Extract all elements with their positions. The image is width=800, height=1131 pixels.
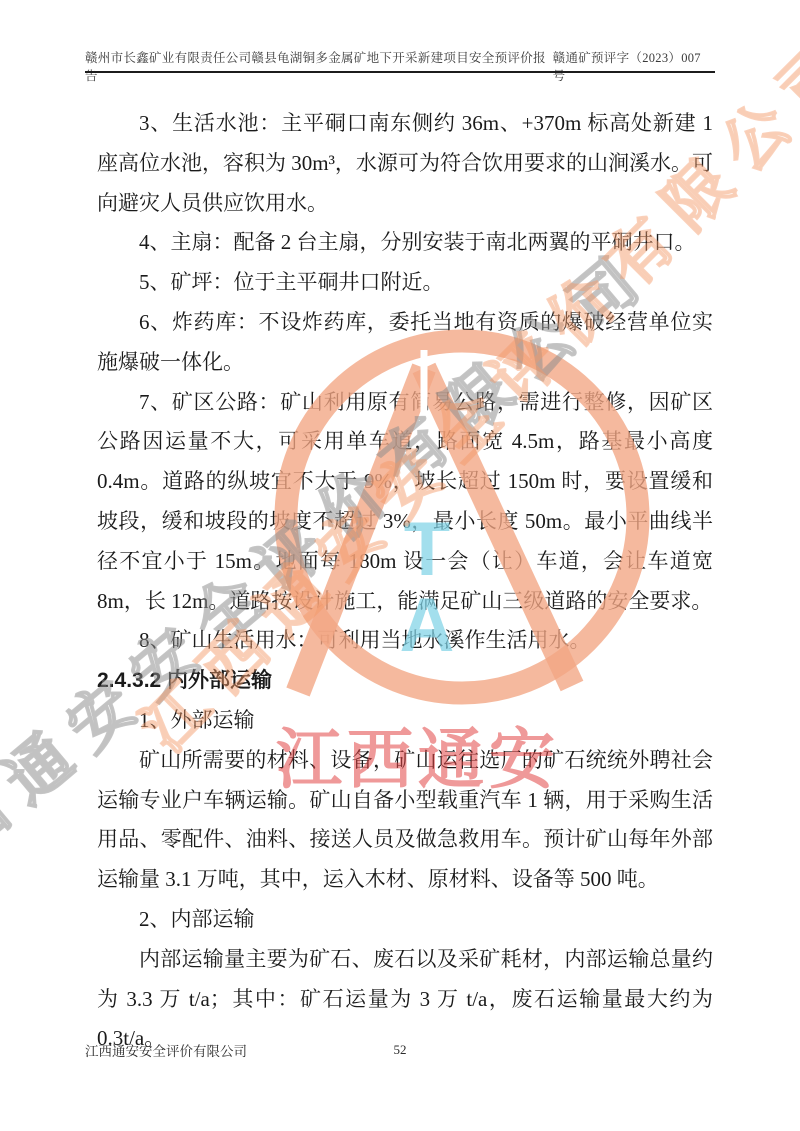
paragraph-mine-yard: 5、矿坪：位于主平硐井口附近。 xyxy=(97,263,713,303)
paragraph-explosive-storage: 6、炸药库：不设炸药库，委托当地有资质的爆破经营单位实施爆破一体化。 xyxy=(97,303,713,383)
paragraph-living-water-tank: 3、生活水池：主平硐口南东侧约 36m、+370m 标高处新建 1 座高位水池，… xyxy=(97,104,713,223)
paragraph-domestic-water: 8、矿山生活用水：可利用当地水溪作生活用水。 xyxy=(97,621,713,661)
page-number: 52 xyxy=(295,1042,505,1058)
subheading-internal-transport: 2、内部运输 xyxy=(97,900,713,940)
header-report-title: 赣州市长鑫矿业有限责任公司赣县龟湖铜多金属矿地下开采新建项目安全预评价报告 xyxy=(85,48,553,84)
paragraph-main-fan: 4、主扇：配备 2 台主扇，分别安装于南北两翼的平硐井口。 xyxy=(97,223,713,263)
paragraph-mine-road: 7、矿区公路：矿山利用原有简易公路，需进行整修，因矿区公路因运量不大，可采用单车… xyxy=(97,383,713,622)
document-page: 赣州市长鑫矿业有限责任公司赣县龟湖铜多金属矿地下开采新建项目安全预评价报告 赣通… xyxy=(0,0,800,1131)
paragraph-external-transport: 矿山所需要的材料、设备，矿山运往选厂的矿石统统外聘社会运输专业户车辆运输。矿山自… xyxy=(97,741,713,900)
document-body: 3、生活水池：主平硐口南东侧约 36m、+370m 标高处新建 1 座高位水池，… xyxy=(97,104,713,1059)
header-divider xyxy=(85,71,715,73)
page-footer: 江西通安安全评价有限公司 52 xyxy=(85,1040,715,1060)
page-header: 赣州市长鑫矿业有限责任公司赣县龟湖铜多金属矿地下开采新建项目安全预评价报告 赣通… xyxy=(85,48,715,84)
section-heading-transport: 2.4.3.2 内外部运输 xyxy=(97,661,713,701)
subheading-external-transport: 1、外部运输 xyxy=(97,701,713,741)
footer-company-name: 江西通安安全评价有限公司 xyxy=(85,1040,295,1060)
header-document-number: 赣通矿预评字（2023）007 号 xyxy=(553,48,715,84)
